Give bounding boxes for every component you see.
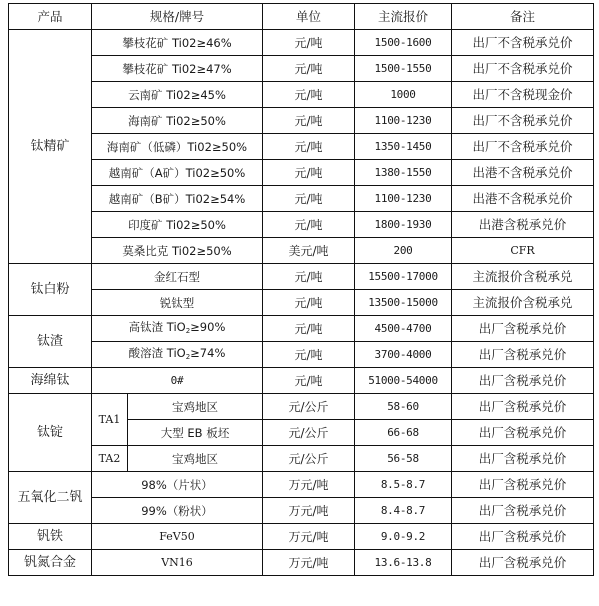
price-cell: 200 [355,238,452,264]
note-cell: 出厂不含税现金价 [452,82,594,108]
spec-cell: 金红石型 [92,264,263,290]
spec-cell: FeV50 [92,524,263,550]
unit-cell: 元/吨 [263,134,355,160]
table-row: 钛白粉 金红石型 元/吨 15500-17000 主流报价含税承兑 [9,264,594,290]
spec-cell: 莫桑比克 Ti02≥50% [92,238,263,264]
spec-cell: 酸溶渣 TiO2≥74% [92,342,263,368]
spec-cell: 98%（片状） [92,472,263,498]
spec-cell: 大型 EB 板坯 [128,420,263,446]
unit-cell: 元/吨 [263,56,355,82]
note-cell: 出厂含税承兑价 [452,342,594,368]
note-cell: 出港不含税承兑价 [452,186,594,212]
table-row: 海绵钛 0# 元/吨 51000-54000 出厂含税承兑价 [9,368,594,394]
grade-cell: TA1 [92,394,128,446]
note-cell: 出厂含税承兑价 [452,446,594,472]
price-cell: 1100-1230 [355,186,452,212]
spec-cell: VN16 [92,550,263,576]
price-cell: 8.4-8.7 [355,498,452,524]
price-cell: 51000-54000 [355,368,452,394]
note-cell: 出厂含税承兑价 [452,524,594,550]
table-row: 越南矿（B矿）Ti02≥54% 元/吨 1100-1230 出港不含税承兑价 [9,186,594,212]
note-cell: 出港含税承兑价 [452,212,594,238]
table-row: 攀枝花矿 Ti02≥47% 元/吨 1500-1550 出厂不含税承兑价 [9,56,594,82]
price-cell: 13500-15000 [355,290,452,316]
table-row: 钛渣 高钛渣 TiO2≥90% 元/吨 4500-4700 出厂含税承兑价 [9,316,594,342]
unit-cell: 元/吨 [263,82,355,108]
spec-prefix: 酸溶渣 TiO [129,346,186,360]
spec-cell: 海南矿 Ti02≥50% [92,108,263,134]
price-cell: 1380-1550 [355,160,452,186]
price-cell: 1500-1600 [355,30,452,56]
spec-cell: 海南矿（低磷）Ti02≥50% [92,134,263,160]
price-cell: 1800-1930 [355,212,452,238]
table-row: 云南矿 Ti02≥45% 元/吨 1000 出厂不含税现金价 [9,82,594,108]
table-row: 五氧化二钒 98%（片状） 万元/吨 8.5-8.7 出厂含税承兑价 [9,472,594,498]
unit-cell: 元/吨 [263,342,355,368]
unit-cell: 元/吨 [263,316,355,342]
price-cell: 66-68 [355,420,452,446]
product-cell: 钒氮合金 [9,550,92,576]
unit-cell: 元/公斤 [263,394,355,420]
unit-cell: 万元/吨 [263,498,355,524]
product-cell: 五氧化二钒 [9,472,92,524]
unit-cell: 元/吨 [263,160,355,186]
product-cell: 钛渣 [9,316,92,368]
price-cell: 1100-1230 [355,108,452,134]
table-row: 印度矿 Ti02≥50% 元/吨 1800-1930 出港含税承兑价 [9,212,594,238]
price-table-container: 产品 规格/牌号 单位 主流报价 备注 钛精矿 攀枝花矿 Ti02≥46% 元/… [8,3,594,576]
note-cell: 主流报价含税承兑 [452,264,594,290]
header-spec: 规格/牌号 [92,4,263,30]
header-product: 产品 [9,4,92,30]
unit-cell: 元/吨 [263,212,355,238]
price-cell: 13.6-13.8 [355,550,452,576]
spec-cell: 0# [92,368,263,394]
table-row: TA2 宝鸡地区 元/公斤 56-58 出厂含税承兑价 [9,446,594,472]
spec-cell: 印度矿 Ti02≥50% [92,212,263,238]
price-cell: 1500-1550 [355,56,452,82]
table-row: 莫桑比克 Ti02≥50% 美元/吨 200 CFR [9,238,594,264]
price-cell: 9.0-9.2 [355,524,452,550]
table-row: 海南矿 Ti02≥50% 元/吨 1100-1230 出厂不含税承兑价 [9,108,594,134]
note-cell: 出港不含税承兑价 [452,160,594,186]
unit-cell: 万元/吨 [263,550,355,576]
table-row: 钒铁 FeV50 万元/吨 9.0-9.2 出厂含税承兑价 [9,524,594,550]
note-cell: 出厂含税承兑价 [452,394,594,420]
note-cell: 出厂不含税承兑价 [452,108,594,134]
note-cell: 出厂含税承兑价 [452,472,594,498]
unit-cell: 元/吨 [263,290,355,316]
unit-cell: 元/吨 [263,186,355,212]
unit-cell: 万元/吨 [263,472,355,498]
table-row: 越南矿（A矿）Ti02≥50% 元/吨 1380-1550 出港不含税承兑价 [9,160,594,186]
header-note: 备注 [452,4,594,30]
header-price: 主流报价 [355,4,452,30]
spec-cell: 高钛渣 TiO2≥90% [92,316,263,342]
price-cell: 4500-4700 [355,316,452,342]
price-cell: 1000 [355,82,452,108]
note-cell: CFR [452,238,594,264]
spec-cell: 宝鸡地区 [128,446,263,472]
note-cell: 出厂含税承兑价 [452,420,594,446]
table-row: 钛精矿 攀枝花矿 Ti02≥46% 元/吨 1500-1600 出厂不含税承兑价 [9,30,594,56]
unit-cell: 元/公斤 [263,446,355,472]
price-table: 产品 规格/牌号 单位 主流报价 备注 钛精矿 攀枝花矿 Ti02≥46% 元/… [8,3,594,576]
product-cell: 钒铁 [9,524,92,550]
spec-prefix: 高钛渣 TiO [129,320,186,334]
table-row: 钒氮合金 VN16 万元/吨 13.6-13.8 出厂含税承兑价 [9,550,594,576]
unit-cell: 元/吨 [263,368,355,394]
spec-cell: 99%（粉状） [92,498,263,524]
table-row: 海南矿（低磷）Ti02≥50% 元/吨 1350-1450 出厂不含税承兑价 [9,134,594,160]
spec-cell: 越南矿（A矿）Ti02≥50% [92,160,263,186]
table-row: 锐钛型 元/吨 13500-15000 主流报价含税承兑 [9,290,594,316]
table-row: 酸溶渣 TiO2≥74% 元/吨 3700-4000 出厂含税承兑价 [9,342,594,368]
table-row: 钛锭 TA1 宝鸡地区 元/公斤 58-60 出厂含税承兑价 [9,394,594,420]
unit-cell: 美元/吨 [263,238,355,264]
spec-suffix: ≥74% [190,346,225,360]
table-row: 99%（粉状） 万元/吨 8.4-8.7 出厂含税承兑价 [9,498,594,524]
price-cell: 15500-17000 [355,264,452,290]
spec-cell: 攀枝花矿 Ti02≥46% [92,30,263,56]
price-cell: 3700-4000 [355,342,452,368]
unit-cell: 元/公斤 [263,420,355,446]
price-cell: 58-60 [355,394,452,420]
price-cell: 56-58 [355,446,452,472]
price-cell: 1350-1450 [355,134,452,160]
product-cell: 海绵钛 [9,368,92,394]
note-cell: 主流报价含税承兑 [452,290,594,316]
spec-suffix: ≥90% [190,320,225,334]
spec-cell: 锐钛型 [92,290,263,316]
product-cell: 钛精矿 [9,30,92,264]
note-cell: 出厂含税承兑价 [452,368,594,394]
note-cell: 出厂含税承兑价 [452,498,594,524]
unit-cell: 元/吨 [263,30,355,56]
spec-cell: 攀枝花矿 Ti02≥47% [92,56,263,82]
note-cell: 出厂不含税承兑价 [452,30,594,56]
note-cell: 出厂不含税承兑价 [452,56,594,82]
note-cell: 出厂含税承兑价 [452,550,594,576]
price-cell: 8.5-8.7 [355,472,452,498]
header-row: 产品 规格/牌号 单位 主流报价 备注 [9,4,594,30]
unit-cell: 元/吨 [263,264,355,290]
product-cell: 钛锭 [9,394,92,472]
unit-cell: 元/吨 [263,108,355,134]
note-cell: 出厂不含税承兑价 [452,134,594,160]
grade-cell: TA2 [92,446,128,472]
unit-cell: 万元/吨 [263,524,355,550]
product-cell: 钛白粉 [9,264,92,316]
note-cell: 出厂含税承兑价 [452,316,594,342]
spec-cell: 越南矿（B矿）Ti02≥54% [92,186,263,212]
spec-cell: 宝鸡地区 [128,394,263,420]
header-unit: 单位 [263,4,355,30]
spec-cell: 云南矿 Ti02≥45% [92,82,263,108]
